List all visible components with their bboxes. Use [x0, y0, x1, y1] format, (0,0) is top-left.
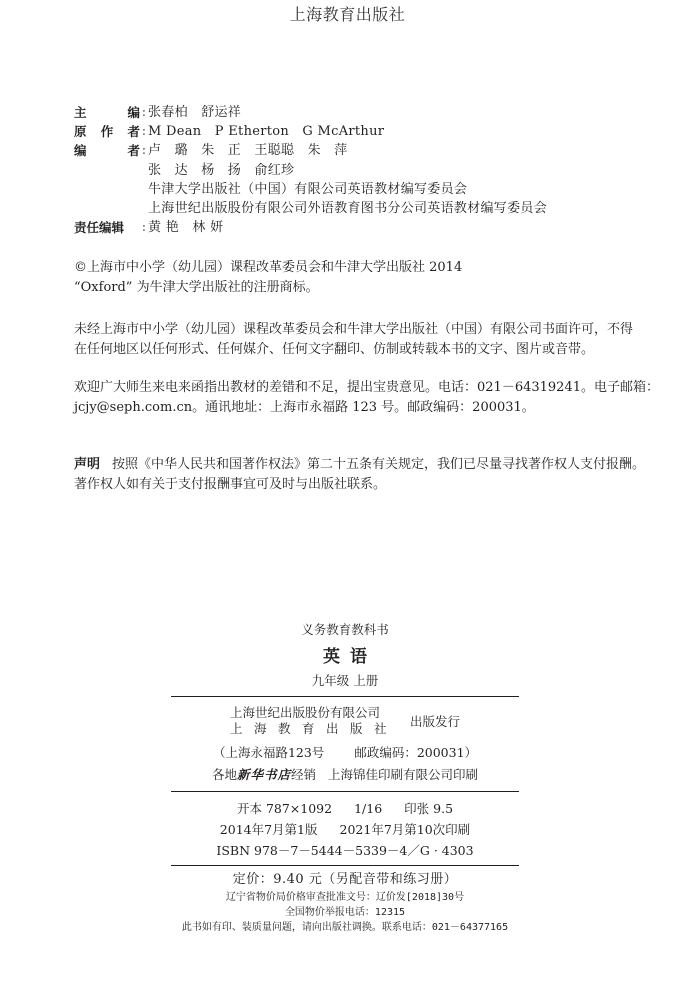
credit-label: 原 作 者: [74, 122, 140, 141]
divider: [171, 865, 519, 866]
publisher-role: 出版发行: [410, 712, 460, 730]
publisher-name: 上海教育出版社: [230, 721, 398, 737]
xinhua-logo-text: 新华书店: [237, 767, 291, 782]
credit-editors: 编 者 : 卢 璐 朱 正 王聪聪 朱 萍: [74, 141, 547, 160]
distribution-line: 各地新华书店经销 上海锦佳印刷有限公司印刷: [171, 765, 519, 785]
price: 定价：9.40 元（另配音带和练习册）: [171, 870, 519, 890]
edition-line: 2014年7月第1版2021年7月第10次印刷: [171, 819, 519, 840]
credit-label: 责任编辑: [74, 218, 140, 237]
credit-value: 张 达 杨 扬 俞红珍: [148, 161, 294, 180]
credit-chief-editor: 主 编 : 张春柏 舒运祥: [74, 103, 547, 122]
specs-block: 开本 787×10921/16印张 9.5 2014年7月第1版2021年7月第…: [171, 798, 519, 861]
quality-notice: 此书如有印、装质量问题，请向出版社调换。联系电话：021－64377165: [159, 920, 531, 935]
book-series: 义务教育教科书: [171, 620, 519, 640]
credit-label: 编 者: [74, 141, 140, 160]
publisher-address: （上海永福路123号邮政编码：200031）: [171, 743, 519, 763]
permission-line: 未经上海市中小学（幼儿园）课程改革委员会和牛津大学出版社（中国）有限公司书面许可…: [74, 320, 633, 340]
feedback-notice: 欢迎广大师生来电来函指出教材的差错和不足，提出宝贵意见。电话：021－64319…: [74, 378, 659, 418]
credit-colon: :: [140, 141, 148, 160]
credit-original-authors: 原 作 者 : M Dean P Etherton G McArthur: [74, 122, 547, 141]
colophon: 义务教育教科书 英语 九年级 上册 上海世纪出版股份有限公司 上海教育出版社 出…: [171, 620, 519, 935]
header-publisher: 上海教育出版社: [0, 2, 695, 25]
statement-text: 按照《中华人民共和国著作权法》第二十五条有关规定，我们已尽量寻找著作权人支付报酬…: [112, 457, 645, 472]
printer: 上海锦佳印刷有限公司印刷: [328, 767, 478, 782]
credit-label: 主 编: [74, 103, 140, 122]
book-title: 英语: [171, 644, 519, 670]
price-hotline: 全国物价举报电话：12315: [171, 905, 519, 920]
credit-editors-line: 上海世纪出版股份有限公司外语教育图书分公司英语教材编写委员会: [74, 199, 547, 218]
statement-line: 著作权人如有关于支付报酬事宜可及时与出版社联系。: [74, 475, 645, 495]
credit-colon: :: [140, 218, 148, 237]
publisher-names: 上海世纪出版股份有限公司 上海教育出版社: [230, 705, 398, 737]
format-line: 开本 787×10921/16印张 9.5: [171, 798, 519, 819]
postal-code: 邮政编码：200031）: [354, 745, 477, 760]
credit-value: 黄 艳 林 妍: [148, 218, 223, 237]
divider: [171, 791, 519, 792]
price-approval: 辽宁省物价局价格审查批准文号：辽价发[2018]30号: [171, 890, 519, 905]
statement-notice: 声明按照《中华人民共和国著作权法》第二十五条有关规定，我们已尽量寻找著作权人支付…: [74, 455, 645, 495]
publisher-name: 上海世纪出版股份有限公司: [230, 705, 398, 721]
statement-line: 声明按照《中华人民共和国著作权法》第二十五条有关规定，我们已尽量寻找著作权人支付…: [74, 455, 645, 475]
feedback-line: 欢迎广大师生来电来函指出教材的差错和不足，提出宝贵意见。电话：021－64319…: [74, 378, 659, 398]
credit-editors-line: 张 达 杨 扬 俞红珍: [74, 161, 547, 180]
credit-colon: :: [140, 103, 148, 122]
credit-colon: :: [140, 122, 148, 141]
permission-line: 在任何地区以任何形式、任何媒介、任何文字翻印、仿制或转载本书的文字、图片或音带。: [74, 340, 633, 360]
credit-responsible-editor: 责任编辑 : 黄 艳 林 妍: [74, 218, 547, 237]
trademark-line: “Oxford” 为牛津大学出版社的注册商标。: [74, 278, 462, 298]
divider: [171, 696, 519, 697]
statement-label: 声明: [74, 457, 100, 472]
address: （上海永福路123号: [213, 745, 324, 760]
credit-value: 卢 璐 朱 正 王聪聪 朱 萍: [148, 141, 348, 160]
permission-notice: 未经上海市中小学（幼儿园）课程改革委员会和牛津大学出版社（中国）有限公司书面许可…: [74, 320, 633, 360]
credit-value: 上海世纪出版股份有限公司外语教育图书分公司英语教材编写委员会: [148, 199, 547, 218]
credit-value: M Dean P Etherton G McArthur: [148, 122, 384, 141]
feedback-line: jcjy@seph.com.cn。通讯地址：上海市永福路 123 号。邮政编码：…: [74, 398, 659, 418]
credit-editors-line: 牛津大学出版社（中国）有限公司英语教材编写委员会: [74, 180, 547, 199]
book-grade: 九年级 上册: [171, 671, 519, 691]
credit-value: 牛津大学出版社（中国）有限公司英语教材编写委员会: [148, 180, 467, 199]
copyright-line: ©上海市中小学（幼儿园）课程改革委员会和牛津大学出版社 2014: [74, 258, 462, 278]
isbn: ISBN 978－7－5444－5339－4／G · 4303: [171, 840, 519, 861]
publisher-block: 上海世纪出版股份有限公司 上海教育出版社 出版发行: [171, 705, 519, 737]
copyright-notice: ©上海市中小学（幼儿园）课程改革委员会和牛津大学出版社 2014 “Oxford…: [74, 258, 462, 298]
credit-value: 张春柏 舒运祥: [148, 103, 241, 122]
credits-block: 主 编 : 张春柏 舒运祥 原 作 者 : M Dean P Etherton …: [74, 103, 547, 237]
